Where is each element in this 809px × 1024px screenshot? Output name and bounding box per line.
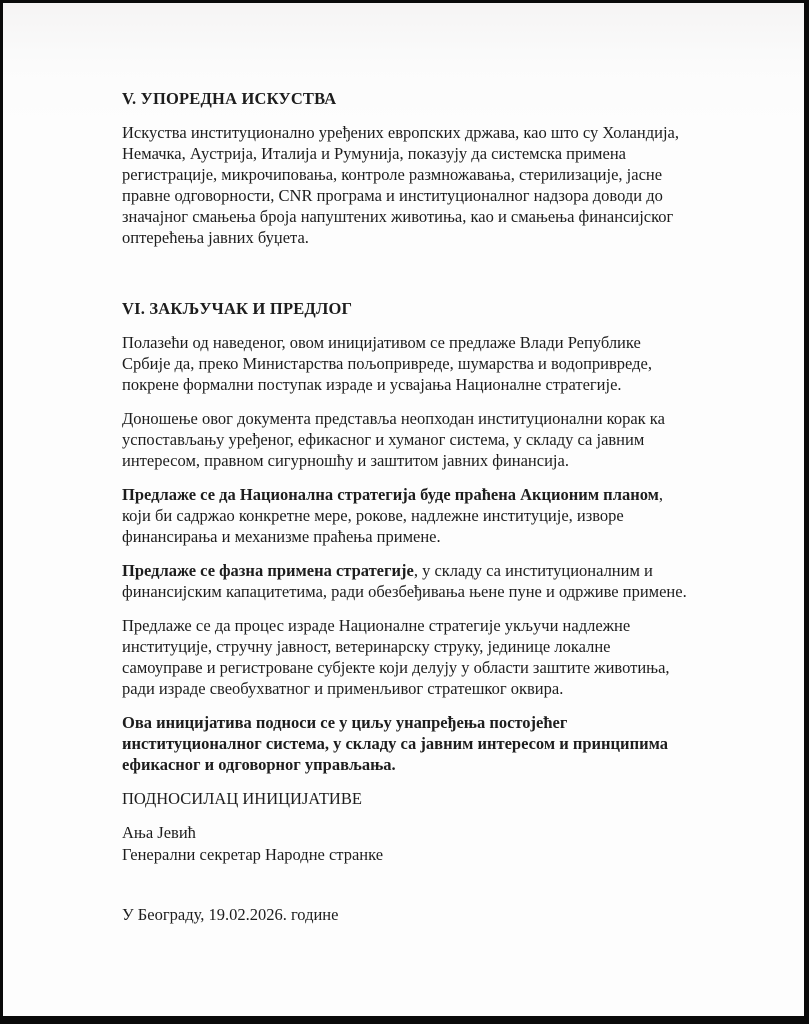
paragraph-bold-lead: Предлаже се да Национална стратегија буд… [122, 485, 659, 504]
submitter-label: ПОДНОСИЛАЦ ИНИЦИЈАТИВЕ [122, 788, 690, 809]
paragraph-text: Полазећи од наведеног, овом иницијативом… [122, 333, 652, 394]
paragraph-text: Доношење овог документа представља неопх… [122, 409, 665, 470]
paragraph-bold-lead: Ова иницијатива подноси се у циљу унапре… [122, 713, 668, 774]
section-vi-paragraph-4: Предлаже се фазна примена стратегије, у … [122, 560, 690, 602]
paragraph-bold-lead: Предлаже се фазна примена стратегије [122, 561, 414, 580]
paragraph-text: Предлаже се да процес израде Националне … [122, 616, 670, 698]
paragraph-text: Искуства институционално уређених европс… [122, 123, 679, 247]
section-v-paragraph-1: Искуства институционално уређених европс… [122, 122, 690, 248]
section-vi-paragraph-6: Ова иницијатива подноси се у циљу унапре… [122, 712, 690, 775]
section-vi-paragraph-2: Доношење овог документа представља неопх… [122, 408, 690, 471]
submitter-name: Ања Јевић [122, 822, 690, 844]
document-content: V. УПОРЕДНА ИСКУСТВА Искуства институцио… [3, 3, 804, 925]
section-vi-heading: VI. ЗАКЉУЧАК И ПРЕДЛОГ [122, 298, 690, 319]
section-vi-paragraph-5: Предлаже се да процес израде Националне … [122, 615, 690, 699]
section-vi-paragraph-3: Предлаже се да Национална стратегија буд… [122, 484, 690, 547]
document-page: V. УПОРЕДНА ИСКУСТВА Искуства институцио… [3, 3, 804, 1016]
place-date-line: У Београду, 19.02.2026. године [122, 904, 690, 925]
signature-block: Ања Јевић Генерални секретар Народне стр… [122, 822, 690, 866]
submitter-role: Генерални секретар Народне странке [122, 844, 690, 866]
section-vi-paragraph-1: Полазећи од наведеног, овом иницијативом… [122, 332, 690, 395]
section-v-heading: V. УПОРЕДНА ИСКУСТВА [122, 88, 690, 109]
